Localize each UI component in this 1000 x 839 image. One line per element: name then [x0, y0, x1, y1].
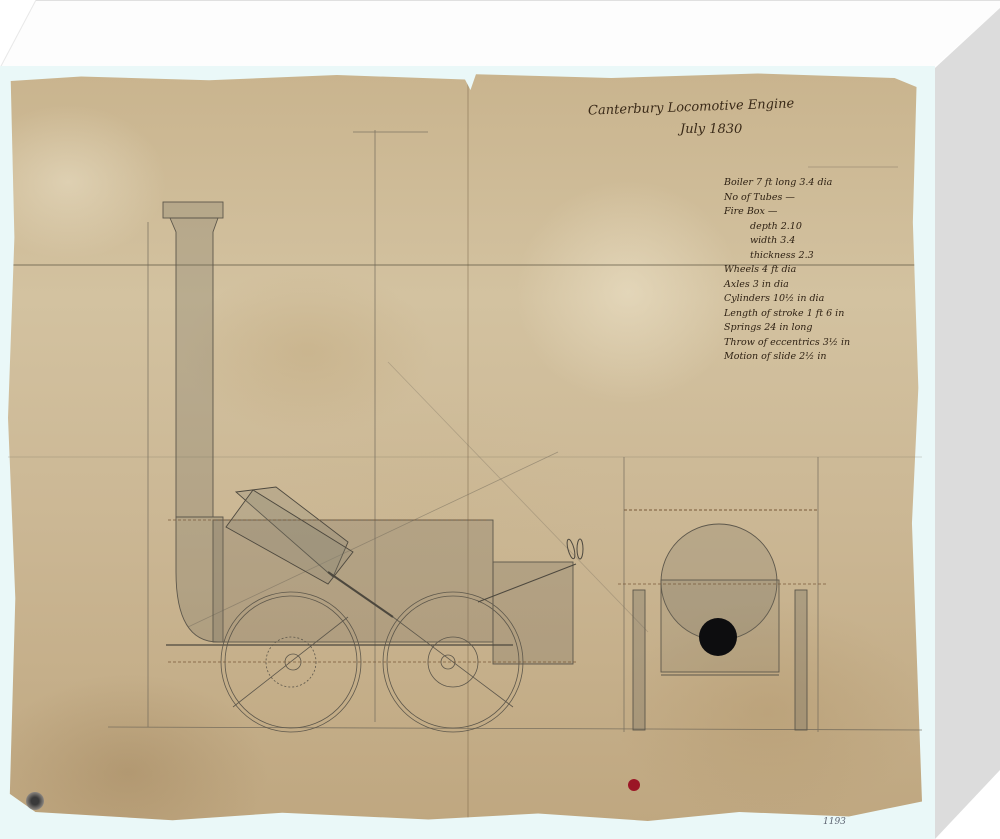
spec-line: Cylinders 10½ in dia — [724, 292, 850, 307]
paper-hole — [26, 792, 44, 810]
spec-line: Springs 24 in long — [724, 321, 850, 336]
spec-line: No of Tubes — — [724, 191, 850, 206]
spec-line: thickness 2.3 — [724, 249, 850, 264]
spec-line: width 3.4 — [724, 234, 850, 249]
spec-line: Length of stroke 1 ft 6 in — [724, 307, 850, 322]
spec-line: Throw of eccentrics 3½ in — [724, 336, 850, 351]
spec-line: Motion of slide 2½ in — [724, 350, 850, 365]
spec-line: depth 2.10 — [724, 220, 850, 235]
spec-line: Fire Box — — [724, 205, 850, 220]
spec-line: Boiler 7 ft long 3.4 dia — [724, 176, 850, 191]
spec-line: Wheels 4 ft dia — [724, 263, 850, 278]
drawing-layer: Canterbury Locomotive Engine July 1830 B… — [8, 72, 922, 824]
specification-list: Boiler 7 ft long 3.4 dia No of Tubes — F… — [724, 176, 850, 365]
red-wax-seal — [628, 779, 640, 791]
spec-line: Axles 3 in dia — [724, 278, 850, 293]
drawing-date: July 1830 — [680, 122, 742, 137]
catalogue-number: 1193 — [823, 817, 846, 827]
end-view — [624, 510, 818, 730]
